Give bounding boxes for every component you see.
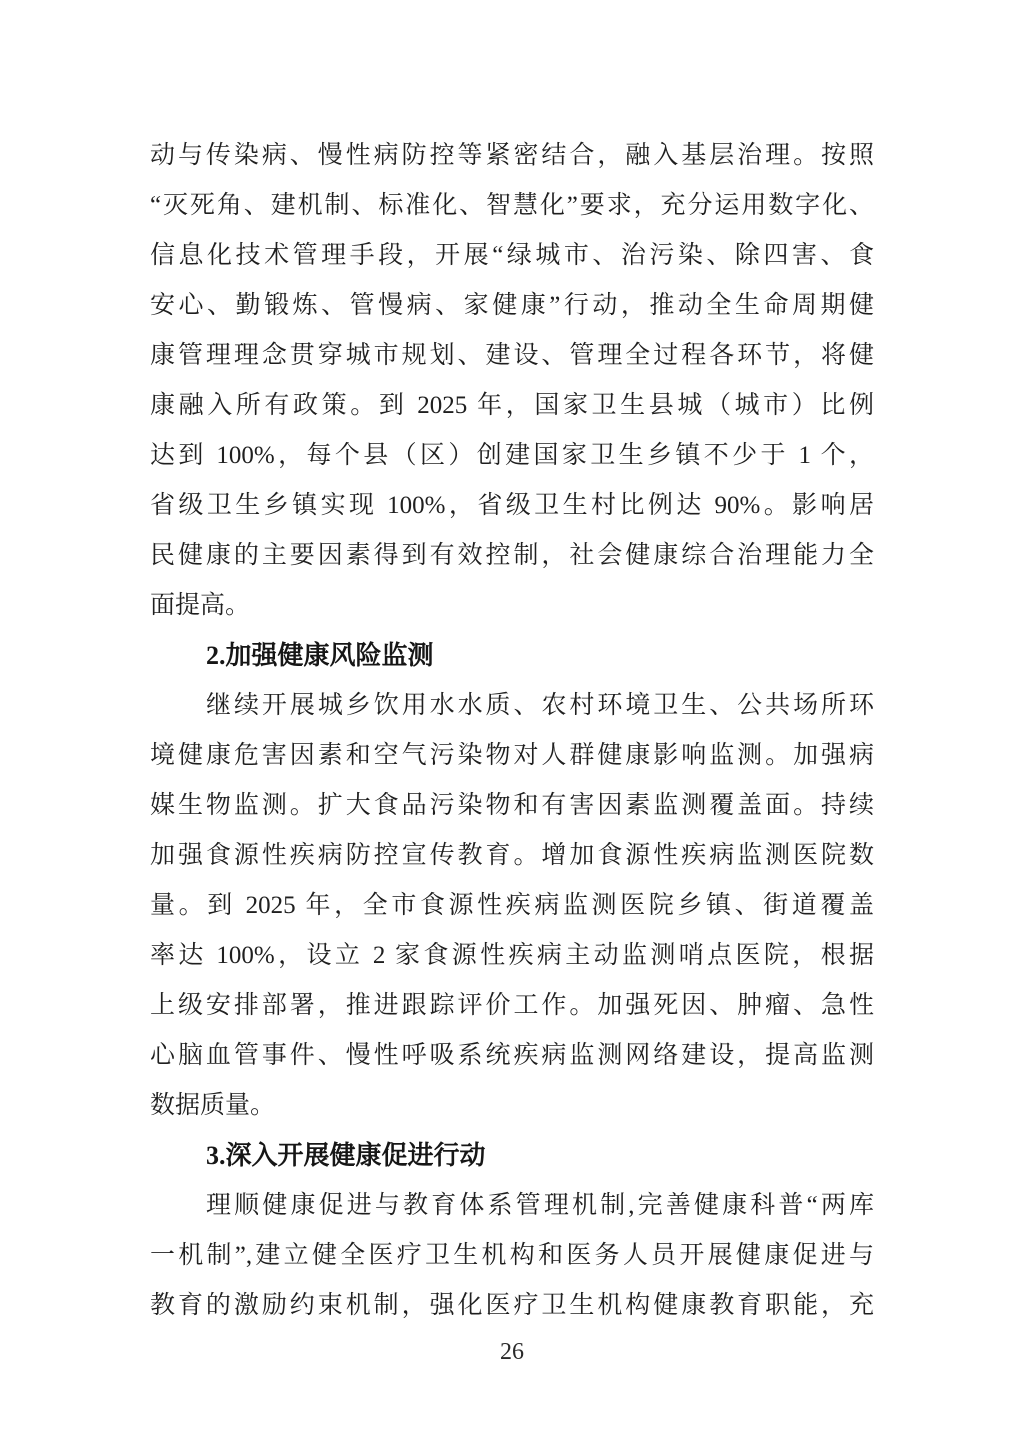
- body-line: 继续开展城乡饮用水水质、农村环境卫生、公共场所环: [150, 681, 874, 731]
- body-line: 数据质量。: [150, 1081, 874, 1131]
- body-text: 动与传染病、慢性病防控等紧密结合，融入基层治理。按照 “灭死角、建机制、标准化、…: [150, 131, 874, 1331]
- section-heading-2: 2.加强健康风险监测: [150, 631, 874, 681]
- body-line: 量。到 2025 年，全市食源性疾病监测医院乡镇、街道覆盖: [150, 881, 874, 931]
- body-line: 动与传染病、慢性病防控等紧密结合，融入基层治理。按照: [150, 131, 874, 181]
- body-line: 加强食源性疾病防控宣传教育。增加食源性疾病监测医院数: [150, 831, 874, 881]
- body-line: 安心、勤锻炼、管慢病、家健康”行动，推动全生命周期健: [150, 281, 874, 331]
- body-line: 境健康危害因素和空气污染物对人群健康影响监测。加强病: [150, 731, 874, 781]
- body-line: 率达 100%，设立 2 家食源性疾病主动监测哨点医院，根据: [150, 931, 874, 981]
- body-line: 一机制”,建立健全医疗卫生机构和医务人员开展健康促进与: [150, 1231, 874, 1281]
- page-number: 26: [0, 1338, 1024, 1366]
- body-line: “灭死角、建机制、标准化、智慧化”要求，充分运用数字化、: [150, 181, 874, 231]
- body-line: 达到 100%，每个县（区）创建国家卫生乡镇不少于 1 个，: [150, 431, 874, 481]
- body-line: 教育的激励约束机制，强化医疗卫生机构健康教育职能，充: [150, 1281, 874, 1331]
- document-page: 动与传染病、慢性病防控等紧密结合，融入基层治理。按照 “灭死角、建机制、标准化、…: [0, 0, 1024, 1448]
- body-line: 心脑血管事件、慢性呼吸系统疾病监测网络建设，提高监测: [150, 1031, 874, 1081]
- body-line: 康管理理念贯穿城市规划、建设、管理全过程各环节，将健: [150, 331, 874, 381]
- section-heading-3: 3.深入开展健康促进行动: [150, 1131, 874, 1181]
- body-line: 康融入所有政策。到 2025 年，国家卫生县城（城市）比例: [150, 381, 874, 431]
- body-line: 上级安排部署，推进跟踪评价工作。加强死因、肿瘤、急性: [150, 981, 874, 1031]
- body-line: 信息化技术管理手段，开展“绿城市、治污染、除四害、食: [150, 231, 874, 281]
- body-line: 媒生物监测。扩大食品污染物和有害因素监测覆盖面。持续: [150, 781, 874, 831]
- body-line: 面提高。: [150, 581, 874, 631]
- body-line: 理顺健康促进与教育体系管理机制,完善健康科普“两库: [150, 1181, 874, 1231]
- body-line: 民健康的主要因素得到有效控制，社会健康综合治理能力全: [150, 531, 874, 581]
- body-line: 省级卫生乡镇实现 100%，省级卫生村比例达 90%。影响居: [150, 481, 874, 531]
